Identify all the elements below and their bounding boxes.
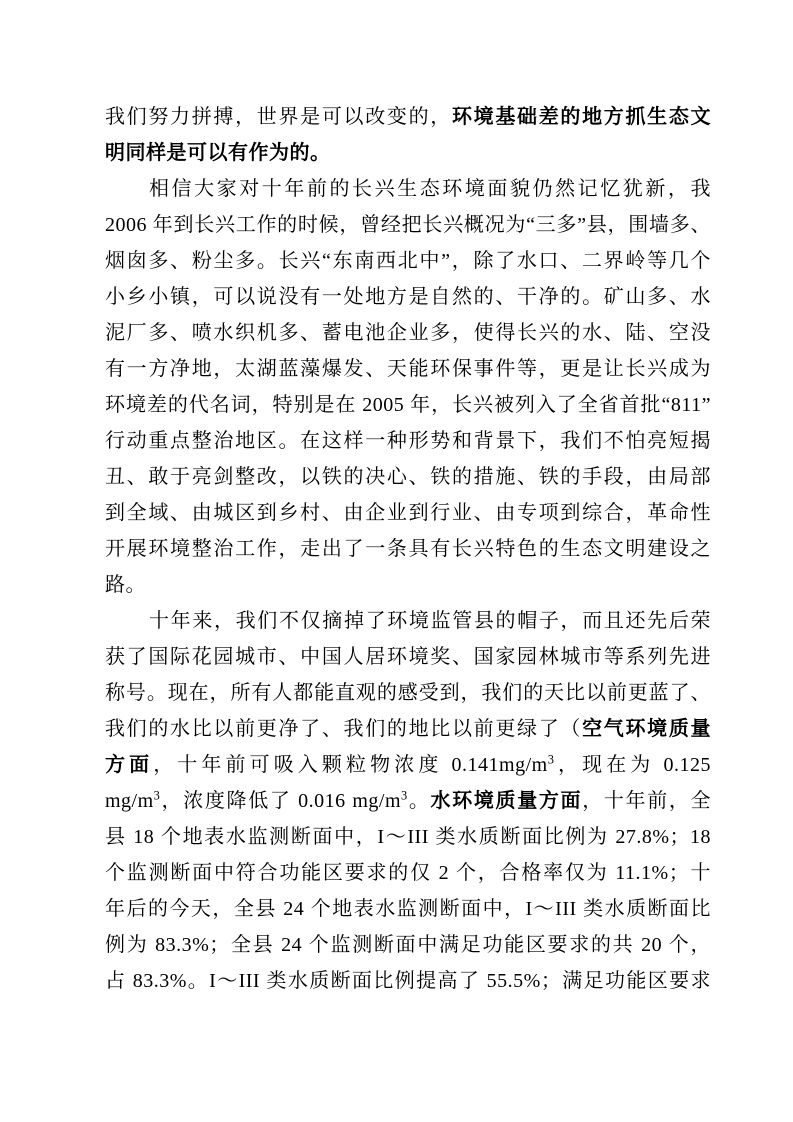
text-segment: 个监测断面中符合功能区要求的仅 2 个，合格率仅为 11.1%；十 bbox=[105, 862, 711, 884]
text-segment: 小乡小镇，可以说没有一处地方是自然的、干净的。矿山多、水 bbox=[105, 286, 711, 308]
text-segment: ，十年前可吸入颗粒物浓度 0.141mg/m bbox=[153, 754, 548, 776]
bold-text-segment: 明同样是可以有作为的。 bbox=[105, 142, 331, 164]
text-segment: 我们的水比以前更净了、我们的地比以前更绿了（ bbox=[105, 718, 582, 740]
text-line: 例为 83.3%；全县 24 个监测断面中满足功能区要求的共 20 个， bbox=[105, 927, 711, 963]
text-line: 个监测断面中符合功能区要求的仅 2 个，合格率仅为 11.1%；十 bbox=[105, 855, 711, 891]
text-line: 环境差的代名词，特别是在 2005 年，长兴被列入了全省首批“811” bbox=[105, 387, 711, 423]
superscript-text: 3 bbox=[401, 788, 408, 802]
text-segment: 开展环境整治工作，走出了一条具有长兴特色的生态文明建设之 bbox=[105, 538, 711, 560]
text-line: 路。 bbox=[105, 567, 711, 603]
text-segment: 相信大家对十年前的长兴生态环境面貌仍然记忆犹新，我 bbox=[149, 178, 711, 200]
bold-text-segment: 空气环境质量 bbox=[582, 718, 711, 740]
text-segment: ，浓度降低了 0.016 mg/m bbox=[160, 790, 401, 812]
text-segment: 占 83.3%。I～III 类水质断面比例提高了 55.5%；满足功能区要求 bbox=[105, 970, 711, 992]
text-segment: 。 bbox=[408, 790, 431, 812]
text-segment: 获了国际花园城市、中国人居环境奖、国家园林城市等系列先进 bbox=[105, 646, 711, 668]
text-line: 占 83.3%。I～III 类水质断面比例提高了 55.5%；满足功能区要求 bbox=[105, 963, 711, 999]
document-page: 我们努力拼搏，世界是可以改变的，环境基础差的地方抓生态文明同样是可以有作为的。相… bbox=[0, 0, 793, 1122]
text-segment: 年后的今天，全县 24 个地表水监测断面中，I～III 类水质断面比 bbox=[105, 898, 711, 920]
text-line: 十年来，我们不仅摘掉了环境监管县的帽子，而且还先后荣 bbox=[105, 603, 711, 639]
text-line: 行动重点整治地区。在这样一种形势和背景下，我们不怕亮短揭 bbox=[105, 423, 711, 459]
text-segment: ，十年前，全 bbox=[582, 790, 711, 812]
text-segment: 到全域、由城区到乡村、由企业到行业、由专项到综合，革命性 bbox=[105, 502, 711, 524]
text-segment: 环境差的代名词，特别是在 2005 年，长兴被列入了全省首批“811” bbox=[105, 394, 711, 416]
text-line: 县 18 个地表水监测断面中，I～III 类水质断面比例为 27.8%；18 bbox=[105, 819, 711, 855]
text-line: 小乡小镇，可以说没有一处地方是自然的、干净的。矿山多、水 bbox=[105, 279, 711, 315]
text-line: 方面，十年前可吸入颗粒物浓度 0.141mg/m3，现在为 0.125 bbox=[105, 747, 711, 783]
text-line: 到全域、由城区到乡村、由企业到行业、由专项到综合，革命性 bbox=[105, 495, 711, 531]
text-segment: 十年来，我们不仅摘掉了环境监管县的帽子，而且还先后荣 bbox=[149, 610, 711, 632]
text-segment: 烟囱多、粉尘多。长兴“东南西北中”，除了水口、二界岭等几个 bbox=[105, 250, 711, 272]
text-segment: 我们努力拼搏，世界是可以改变的， bbox=[105, 106, 452, 128]
text-segment: 路。 bbox=[105, 574, 146, 596]
text-line: 丑、敢于亮剑整改，以铁的决心、铁的措施、铁的手段，由局部 bbox=[105, 459, 711, 495]
bold-text-segment: 方面 bbox=[105, 754, 153, 776]
text-line: 我们努力拼搏，世界是可以改变的，环境基础差的地方抓生态文 bbox=[105, 99, 711, 135]
text-line: 相信大家对十年前的长兴生态环境面貌仍然记忆犹新，我 bbox=[105, 171, 711, 207]
text-segment: 泥厂多、喷水织机多、蓄电池企业多，使得长兴的水、陆、空没 bbox=[105, 322, 711, 344]
text-segment: 行动重点整治地区。在这样一种形势和背景下，我们不怕亮短揭 bbox=[105, 430, 711, 452]
bold-text-segment: 水环境质量方面 bbox=[431, 790, 583, 812]
text-segment: 称号。现在，所有人都能直观的感受到，我们的天比以前更蓝了、 bbox=[105, 682, 711, 704]
document-body: 我们努力拼搏，世界是可以改变的，环境基础差的地方抓生态文明同样是可以有作为的。相… bbox=[105, 99, 711, 999]
text-segment: 例为 83.3%；全县 24 个监测断面中满足功能区要求的共 20 个， bbox=[105, 934, 711, 956]
text-line: 明同样是可以有作为的。 bbox=[105, 135, 711, 171]
text-line: 年后的今天，全县 24 个地表水监测断面中，I～III 类水质断面比 bbox=[105, 891, 711, 927]
text-line: 我们的水比以前更净了、我们的地比以前更绿了（空气环境质量 bbox=[105, 711, 711, 747]
text-line: mg/m3，浓度降低了 0.016 mg/m3。水环境质量方面，十年前，全 bbox=[105, 783, 711, 819]
text-line: 获了国际花园城市、中国人居环境奖、国家园林城市等系列先进 bbox=[105, 639, 711, 675]
text-line: 有一方净地，太湖蓝藻爆发、天能环保事件等，更是让长兴成为 bbox=[105, 351, 711, 387]
text-line: 烟囱多、粉尘多。长兴“东南西北中”，除了水口、二界岭等几个 bbox=[105, 243, 711, 279]
text-segment: ，现在为 0.125 bbox=[554, 754, 711, 776]
bold-text-segment: 环境基础差的地方抓生态文 bbox=[452, 106, 711, 128]
text-segment: 丑、敢于亮剑整改，以铁的决心、铁的措施、铁的手段，由局部 bbox=[105, 466, 711, 488]
text-line: 泥厂多、喷水织机多、蓄电池企业多，使得长兴的水、陆、空没 bbox=[105, 315, 711, 351]
text-line: 称号。现在，所有人都能直观的感受到，我们的天比以前更蓝了、 bbox=[105, 675, 711, 711]
text-segment: 有一方净地，太湖蓝藻爆发、天能环保事件等，更是让长兴成为 bbox=[105, 358, 711, 380]
text-line: 2006 年到长兴工作的时候，曾经把长兴概况为“三多”县，围墙多、 bbox=[105, 207, 711, 243]
text-line: 开展环境整治工作，走出了一条具有长兴特色的生态文明建设之 bbox=[105, 531, 711, 567]
text-segment: 2006 年到长兴工作的时候，曾经把长兴概况为“三多”县，围墙多、 bbox=[105, 214, 711, 236]
text-segment: 县 18 个地表水监测断面中，I～III 类水质断面比例为 27.8%；18 bbox=[105, 826, 711, 848]
text-segment: mg/m bbox=[105, 790, 154, 812]
